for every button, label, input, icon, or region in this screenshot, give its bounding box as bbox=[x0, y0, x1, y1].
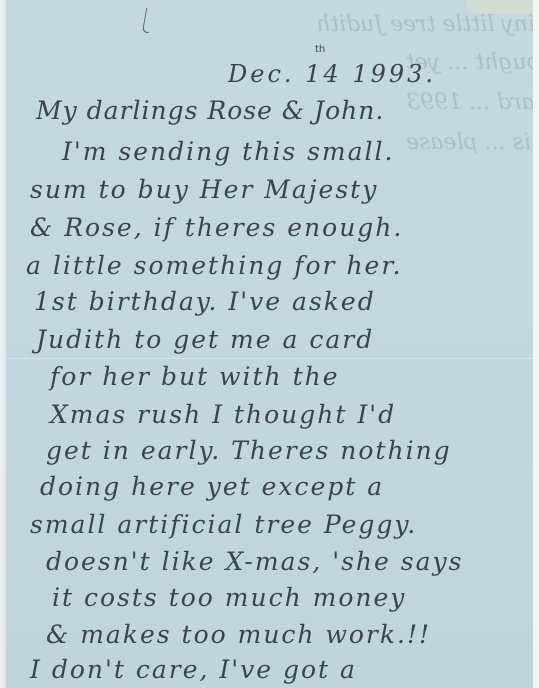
letter-line: I don't care, I've got a bbox=[30, 655, 357, 684]
letter-line: it costs too much money bbox=[52, 583, 406, 612]
pen-tick-mark bbox=[142, 8, 153, 33]
letter-date: Dec. 14 1993. bbox=[228, 60, 436, 88]
letter-line: doesn't like X-mas, 'she says bbox=[46, 547, 463, 576]
letter-line: & makes too much work.!! bbox=[46, 620, 431, 649]
letter-line: get in early. Theres nothing bbox=[46, 436, 452, 465]
letter-line: & Rose, if theres enough. bbox=[30, 213, 403, 242]
letter-line: 1st birthday. I've asked bbox=[34, 287, 376, 316]
letter-greeting: My darlings Rose & John. bbox=[36, 96, 384, 125]
letter-line: for her but with the bbox=[50, 362, 340, 391]
bleed-through-text: tiny little tree Judith bbox=[316, 12, 533, 37]
date-ordinal-mark: th bbox=[315, 44, 325, 55]
letter-line: I'm sending this small. bbox=[62, 137, 394, 166]
letter-line: Judith to get me a card bbox=[36, 325, 374, 354]
letter-line: small artificial tree Peggy. bbox=[30, 510, 417, 539]
letter-line: doing here yet except a bbox=[40, 472, 384, 501]
bleed-through-text: this ... please bbox=[406, 130, 533, 155]
fold-crease bbox=[6, 358, 533, 359]
bleed-through-text: card ... 1993 bbox=[406, 90, 533, 115]
letter-line: a little something for her. bbox=[26, 251, 403, 280]
letter-page: tiny little tree Judith bought ... yet c… bbox=[6, 0, 533, 688]
paper-right-edge bbox=[533, 0, 539, 688]
letter-line: sum to buy Her Majesty bbox=[30, 175, 378, 204]
letter-line: Xmas rush I thought I'd bbox=[50, 400, 396, 429]
